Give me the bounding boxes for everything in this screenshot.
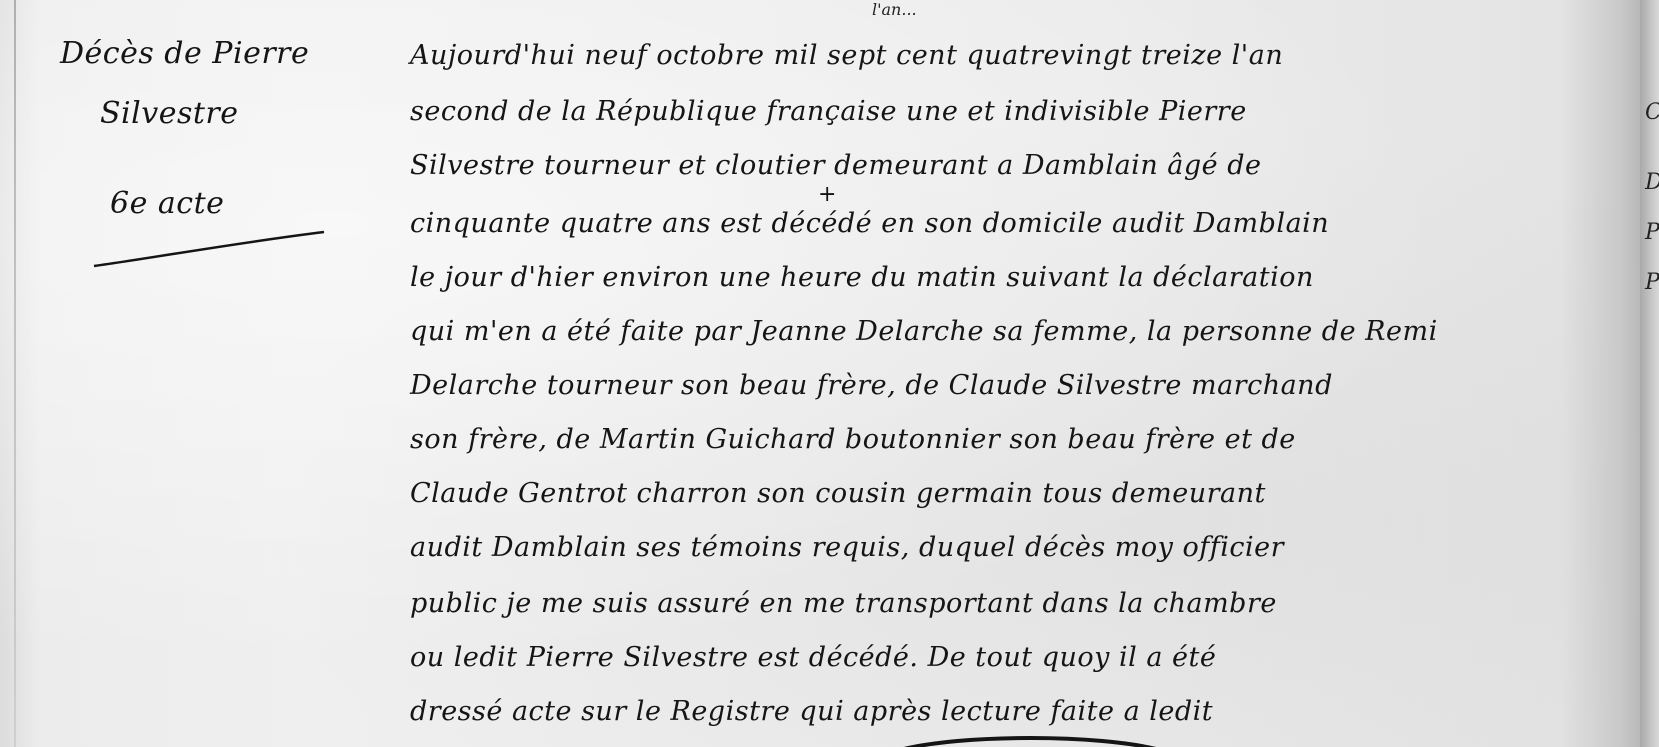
margin-act-label: 6e acte <box>110 186 224 221</box>
margin-title-line2: Silvestre <box>100 96 239 131</box>
body-line: cinquante quatre ans est décédé en son d… <box>410 208 1329 239</box>
next-page-fragment: C <box>1645 100 1659 125</box>
body-line: Aujourd'hui neuf octobre mil sept cent q… <box>410 40 1283 71</box>
body-line: public je me suis assuré en me transport… <box>410 588 1277 619</box>
page-margin-rule <box>14 0 16 747</box>
bottom-flourish-icon <box>900 732 1160 747</box>
body-line: dressé acte sur le Registre qui après le… <box>410 696 1213 727</box>
body-line: Claude Gentrot charron son cousin germai… <box>410 478 1266 509</box>
flourish-underline-icon <box>92 228 328 268</box>
top-edge-fragment: l'an... <box>872 0 917 19</box>
register-page: l'an... Décès de Pierre Silvestre 6e act… <box>0 0 1659 747</box>
body-line: second de la République française une et… <box>410 96 1247 127</box>
next-page-fragment: D <box>1645 170 1659 195</box>
body-line: ou ledit Pierre Silvestre est décédé. De… <box>410 642 1216 673</box>
margin-title-line1: Décès de Pierre <box>60 36 309 71</box>
body-line: Delarche tourneur son beau frère, de Cla… <box>410 370 1333 401</box>
next-page-fragment: P <box>1645 270 1659 295</box>
insertion-cross-icon: + <box>818 182 836 207</box>
body-line: Silvestre tourneur et cloutier demeurant… <box>410 150 1262 181</box>
next-page-fragment: P <box>1645 220 1659 245</box>
body-line: le jour d'hier environ une heure du mati… <box>410 262 1314 293</box>
body-line: son frère, de Martin Guichard boutonnier… <box>410 424 1296 455</box>
body-line: audit Damblain ses témoins requis, duque… <box>410 532 1284 563</box>
body-line: qui m'en a été faite par Jeanne Delarche… <box>410 316 1438 347</box>
